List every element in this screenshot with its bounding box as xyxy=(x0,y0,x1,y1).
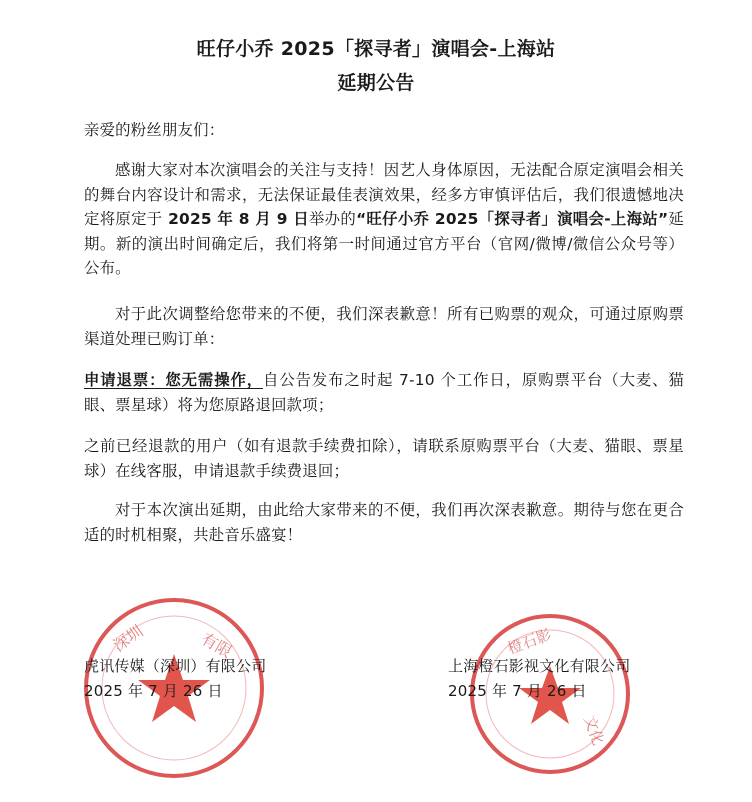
signature-date: 2025 年 7 月 26 日 xyxy=(84,679,266,704)
paragraph-refund: 申请退票：您无需操作，自公告发布之时起 7-10 个工作日，原购票平台（大麦、猫… xyxy=(84,368,684,417)
greeting: 亲爱的粉丝朋友们： xyxy=(84,118,684,143)
company-name: 虎讯传媒（深圳）有限公司 xyxy=(84,654,266,679)
paragraph-text: 举办的 xyxy=(309,210,356,228)
company-name: 上海橙石影视文化有限公司 xyxy=(448,654,630,679)
refund-notice-label: 申请退票：您无需操作， xyxy=(84,371,263,389)
paragraph-closing: 对于本次演出延期，由此给大家带来的不便，我们再次深表歉意。期待与您在更合适的时机… xyxy=(84,498,684,547)
signature-date: 2025 年 7 月 26 日 xyxy=(448,679,630,704)
event-name: “旺仔小乔 2025「探寻者」演唱会-上海站” xyxy=(356,210,668,228)
paragraph-fee-refund: 之前已经退款的用户（如有退款手续费扣除），请联系原购票平台（大麦、猫眼、票星球）… xyxy=(84,434,684,483)
paragraph-apology: 对于此次调整给您带来的不便，我们深表歉意！所有已购票的观众，可通过原购票渠道处理… xyxy=(84,302,684,351)
original-date: 2025 年 8 月 9 日 xyxy=(162,210,309,228)
document-title: 旺仔小乔 2025「探寻者」演唱会-上海站 xyxy=(0,34,752,61)
svg-text:文化: 文化 xyxy=(580,713,607,747)
signature-right: 上海橙石影视文化有限公司 2025 年 7 月 26 日 xyxy=(448,654,630,704)
svg-text:橙石影: 橙石影 xyxy=(505,625,553,657)
signature-left: 虎讯传媒（深圳）有限公司 2025 年 7 月 26 日 xyxy=(84,654,266,704)
svg-text:深圳: 深圳 xyxy=(109,621,146,655)
paragraph-postponement: 感谢大家对本次演唱会的关注与支持！因艺人身体原因，无法配合原定演唱会相关的舞台内… xyxy=(84,158,684,281)
document-subtitle: 延期公告 xyxy=(0,68,752,95)
